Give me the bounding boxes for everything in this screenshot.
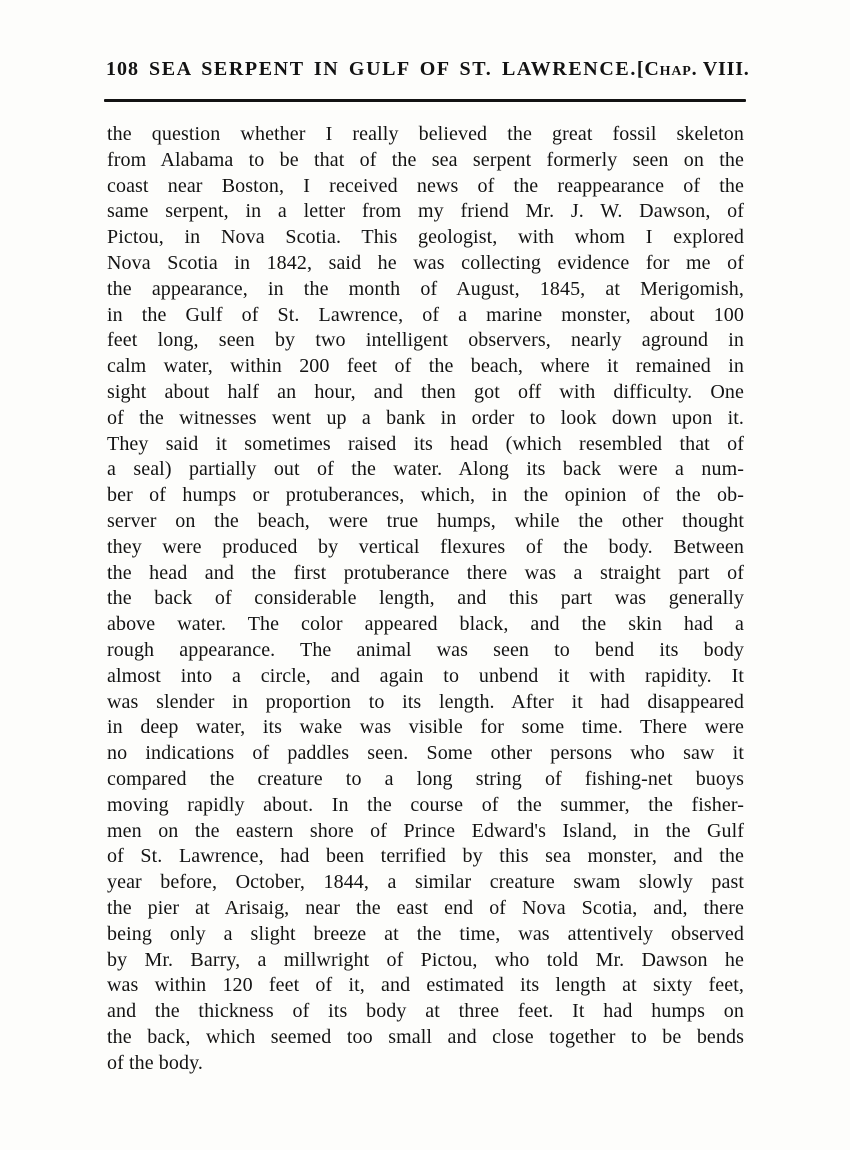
text-line: and the thickness of its body at three f…	[107, 999, 744, 1025]
text-line: the back, which seemed too small and clo…	[107, 1025, 744, 1051]
text-line: rough appearance. The animal was seen to…	[107, 638, 744, 664]
page-number: 108	[106, 58, 139, 81]
text-line: the pier at Arisaig, near the east end o…	[107, 896, 744, 922]
text-line: a seal) partially out of the water. Alon…	[107, 457, 744, 483]
text-line: calm water, within 200 feet of the beach…	[107, 354, 744, 380]
text-line: of the body.	[107, 1051, 744, 1077]
text-line: the appearance, in the month of August, …	[107, 277, 744, 303]
text-line: They said it sometimes raised its head (…	[107, 432, 744, 458]
text-line: being only a slight breeze at the time, …	[107, 922, 744, 948]
text-line: server on the beach, were true humps, wh…	[107, 509, 744, 535]
text-line: in deep water, its wake was visible for …	[107, 715, 744, 741]
text-line: year before, October, 1844, a similar cr…	[107, 870, 744, 896]
text-line: from Alabama to be that of the sea serpe…	[107, 148, 744, 174]
running-title: SEA SERPENT IN GULF OF ST. LAWRENCE.	[139, 58, 637, 81]
text-line: in the Gulf of St. Lawrence, of a marine…	[107, 303, 744, 329]
text-line: of the witnesses went up a bank in order…	[107, 406, 744, 432]
text-line: same serpent, in a letter from my friend…	[107, 199, 744, 225]
text-line: of St. Lawrence, had been terrified by t…	[107, 844, 744, 870]
text-line: Pictou, in Nova Scotia. This geologist, …	[107, 225, 744, 251]
body-text: the question whether I really believed t…	[107, 122, 744, 1076]
text-line: ber of humps or protuberances, which, in…	[107, 483, 744, 509]
text-line: the head and the first protuberance ther…	[107, 561, 744, 587]
text-line: feet long, seen by two intelligent obser…	[107, 328, 744, 354]
text-line: sight about half an hour, and then got o…	[107, 380, 744, 406]
text-line: by Mr. Barry, a millwright of Pictou, wh…	[107, 948, 744, 974]
text-line: coast near Boston, I received news of th…	[107, 174, 744, 200]
text-line: was slender in proportion to its length.…	[107, 690, 744, 716]
text-line: above water. The color appeared black, a…	[107, 612, 744, 638]
text-line: was within 120 feet of it, and estimated…	[107, 973, 744, 999]
page-header: 108 SEA SERPENT IN GULF OF ST. LAWRENCE.…	[106, 58, 746, 81]
text-line: Nova Scotia in 1842, said he was collect…	[107, 251, 744, 277]
text-line: moving rapidly about. In the course of t…	[107, 793, 744, 819]
header-rule	[104, 99, 746, 102]
text-line: men on the eastern shore of Prince Edwar…	[107, 819, 744, 845]
text-line: they were produced by vertical flexures …	[107, 535, 744, 561]
text-line: no indications of paddles seen. Some oth…	[107, 741, 744, 767]
book-page: 108 SEA SERPENT IN GULF OF ST. LAWRENCE.…	[0, 0, 850, 1150]
text-line: compared the creature to a long string o…	[107, 767, 744, 793]
chapter-label: [Chap. VIII.	[637, 58, 750, 81]
text-line: the back of considerable length, and thi…	[107, 586, 744, 612]
text-line: almost into a circle, and again to unben…	[107, 664, 744, 690]
text-line: the question whether I really believed t…	[107, 122, 744, 148]
